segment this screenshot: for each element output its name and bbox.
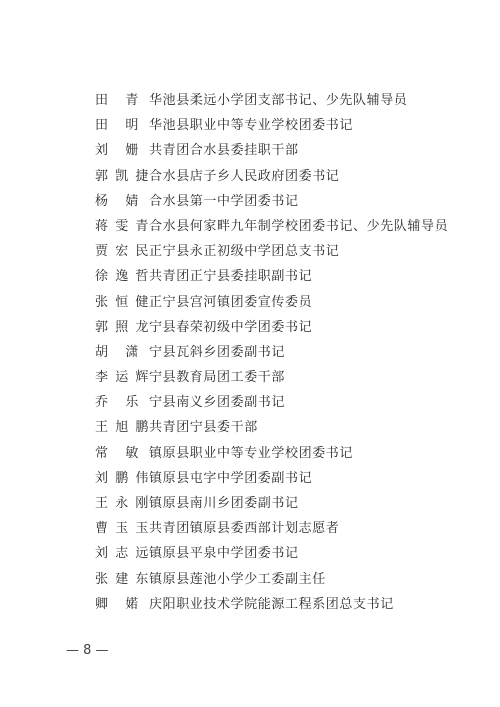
position-title: 共青团镇原县委西部计划志愿者 bbox=[149, 516, 339, 541]
name-char: 婼 bbox=[125, 592, 139, 617]
name-char: 敏 bbox=[125, 441, 139, 466]
name-char: 李 bbox=[95, 365, 109, 390]
person-name: 徐逸哲 bbox=[95, 264, 149, 289]
position-title: 庆阳职业技术学院能源工程系团总支书记 bbox=[149, 592, 394, 617]
name-char: 建 bbox=[115, 567, 129, 592]
name-char: 张 bbox=[95, 567, 109, 592]
person-name: 刘志远 bbox=[95, 541, 149, 566]
list-item: 胡潇宁县瓦斜乡团委副书记 bbox=[95, 340, 475, 365]
person-name: 张建东 bbox=[95, 567, 149, 592]
name-char: 龙 bbox=[135, 315, 149, 340]
list-item: 王永刚镇原县南川乡团委副书记 bbox=[95, 491, 475, 516]
name-char: 张 bbox=[95, 290, 109, 315]
name-char: 永 bbox=[115, 491, 129, 516]
name-char: 宏 bbox=[115, 239, 129, 264]
name-char: 蒋 bbox=[95, 214, 109, 239]
person-name: 郭凯捷 bbox=[95, 164, 149, 189]
name-char: 刘 bbox=[95, 466, 109, 491]
list-item: 张恒健正宁县宫河镇团委宣传委员 bbox=[95, 290, 475, 315]
list-item: 卿婼庆阳职业技术学院能源工程系团总支书记 bbox=[95, 592, 475, 617]
position-title: 镇原县莲池小学少工委副主任 bbox=[149, 567, 326, 592]
name-char: 曹 bbox=[95, 516, 109, 541]
name-char: 志 bbox=[115, 541, 129, 566]
name-char: 运 bbox=[115, 365, 129, 390]
name-char: 乔 bbox=[95, 390, 109, 415]
position-title: 镇原县平泉中学团委书记 bbox=[149, 541, 299, 566]
name-char: 田 bbox=[95, 88, 109, 113]
list-item: 刘志远镇原县平泉中学团委书记 bbox=[95, 541, 475, 566]
name-char: 胡 bbox=[95, 340, 109, 365]
name-char: 健 bbox=[135, 290, 149, 315]
list-item: 刘鹏伟镇原县屯字中学团委副书记 bbox=[95, 466, 475, 491]
name-char: 姗 bbox=[125, 138, 139, 163]
name-char: 徐 bbox=[95, 264, 109, 289]
name-char: 青 bbox=[125, 88, 139, 113]
list-item: 曹玉玉共青团镇原县委西部计划志愿者 bbox=[95, 516, 475, 541]
position-title: 正宁县永正初级中学团总支书记 bbox=[149, 239, 339, 264]
position-title: 共青团正宁县委挂职副书记 bbox=[149, 264, 312, 289]
name-char: 凯 bbox=[115, 164, 129, 189]
person-name: 张恒健 bbox=[95, 290, 149, 315]
position-title: 共青团合水县委挂职干部 bbox=[149, 138, 299, 163]
name-char: 逸 bbox=[115, 264, 129, 289]
name-char: 哲 bbox=[135, 264, 149, 289]
position-title: 镇原县职业中等专业学校团委书记 bbox=[149, 441, 353, 466]
name-char: 青 bbox=[135, 214, 149, 239]
name-char: 卿 bbox=[95, 592, 109, 617]
name-char: 杨 bbox=[95, 189, 109, 214]
position-title: 宁县南义乡团委副书记 bbox=[149, 390, 285, 415]
name-char: 照 bbox=[115, 315, 129, 340]
person-name: 田青 bbox=[95, 88, 149, 113]
list-item: 田青华池县柔远小学团支部书记、少先队辅导员 bbox=[95, 88, 475, 113]
name-char: 贾 bbox=[95, 239, 109, 264]
name-char: 婧 bbox=[125, 189, 139, 214]
name-char: 玉 bbox=[115, 516, 129, 541]
name-char: 王 bbox=[95, 491, 109, 516]
person-name: 乔乐 bbox=[95, 390, 149, 415]
list-item: 田明华池县职业中等专业学校团委书记 bbox=[95, 113, 475, 138]
position-title: 共青团宁县委干部 bbox=[149, 415, 258, 440]
person-name: 刘鹏伟 bbox=[95, 466, 149, 491]
list-item: 常敏镇原县职业中等专业学校团委书记 bbox=[95, 441, 475, 466]
person-name: 田明 bbox=[95, 113, 149, 138]
page-number: — 8 — bbox=[66, 643, 109, 658]
name-char: 郭 bbox=[95, 164, 109, 189]
list-item: 郭照龙宁县春荣初级中学团委书记 bbox=[95, 315, 475, 340]
person-name: 胡潇 bbox=[95, 340, 149, 365]
name-char: 雯 bbox=[115, 214, 129, 239]
name-char: 明 bbox=[125, 113, 139, 138]
position-title: 宁县春荣初级中学团委书记 bbox=[149, 315, 312, 340]
name-char: 鹏 bbox=[115, 466, 129, 491]
list-item: 杨婧合水县第一中学团委书记 bbox=[95, 189, 475, 214]
name-char: 旭 bbox=[115, 415, 129, 440]
name-char: 东 bbox=[135, 567, 149, 592]
name-char: 王 bbox=[95, 415, 109, 440]
name-char: 潇 bbox=[125, 340, 139, 365]
list-item: 徐逸哲共青团正宁县委挂职副书记 bbox=[95, 264, 475, 289]
name-char: 田 bbox=[95, 113, 109, 138]
name-char: 捷 bbox=[135, 164, 149, 189]
position-title: 合水县店子乡人民政府团委书记 bbox=[149, 164, 339, 189]
name-char: 乐 bbox=[125, 390, 139, 415]
list-item: 刘姗共青团合水县委挂职干部 bbox=[95, 138, 475, 163]
list-item: 李运辉宁县教育局团工委干部 bbox=[95, 365, 475, 390]
position-title: 宁县瓦斜乡团委副书记 bbox=[149, 340, 285, 365]
person-name: 卿婼 bbox=[95, 592, 149, 617]
name-char: 恒 bbox=[115, 290, 129, 315]
list-item: 蒋雯青合水县何家畔九年制学校团委书记、少先队辅导员 bbox=[95, 214, 475, 239]
position-title: 镇原县屯字中学团委副书记 bbox=[149, 466, 312, 491]
list-item: 王旭鹏共青团宁县委干部 bbox=[95, 415, 475, 440]
position-title: 宁县教育局团工委干部 bbox=[149, 365, 285, 390]
name-char: 辉 bbox=[135, 365, 149, 390]
name-char: 玉 bbox=[135, 516, 149, 541]
name-char: 刘 bbox=[95, 138, 109, 163]
list-item: 郭凯捷合水县店子乡人民政府团委书记 bbox=[95, 164, 475, 189]
person-name: 杨婧 bbox=[95, 189, 149, 214]
list-item: 乔乐宁县南义乡团委副书记 bbox=[95, 390, 475, 415]
name-char: 刘 bbox=[95, 541, 109, 566]
document-page: 田青华池县柔远小学团支部书记、少先队辅导员田明华池县职业中等专业学校团委书记刘姗… bbox=[0, 0, 500, 707]
person-name: 郭照龙 bbox=[95, 315, 149, 340]
person-name: 王旭鹏 bbox=[95, 415, 149, 440]
position-title: 合水县第一中学团委书记 bbox=[149, 189, 299, 214]
list-item: 贾宏民正宁县永正初级中学团总支书记 bbox=[95, 239, 475, 264]
position-title: 正宁县宫河镇团委宣传委员 bbox=[149, 290, 312, 315]
position-title: 华池县职业中等专业学校团委书记 bbox=[149, 113, 353, 138]
person-name: 李运辉 bbox=[95, 365, 149, 390]
person-name: 曹玉玉 bbox=[95, 516, 149, 541]
list-item: 张建东镇原县莲池小学少工委副主任 bbox=[95, 567, 475, 592]
person-name: 王永刚 bbox=[95, 491, 149, 516]
person-name: 常敏 bbox=[95, 441, 149, 466]
name-char: 鹏 bbox=[135, 415, 149, 440]
person-name: 贾宏民 bbox=[95, 239, 149, 264]
name-char: 伟 bbox=[135, 466, 149, 491]
name-char: 刚 bbox=[135, 491, 149, 516]
name-list: 田青华池县柔远小学团支部书记、少先队辅导员田明华池县职业中等专业学校团委书记刘姗… bbox=[95, 88, 475, 617]
position-title: 镇原县南川乡团委副书记 bbox=[149, 491, 299, 516]
name-char: 郭 bbox=[95, 315, 109, 340]
position-title: 合水县何家畔九年制学校团委书记、少先队辅导员 bbox=[149, 214, 448, 239]
person-name: 刘姗 bbox=[95, 138, 149, 163]
name-char: 民 bbox=[135, 239, 149, 264]
name-char: 常 bbox=[95, 441, 109, 466]
name-char: 远 bbox=[135, 541, 149, 566]
position-title: 华池县柔远小学团支部书记、少先队辅导员 bbox=[149, 88, 407, 113]
person-name: 蒋雯青 bbox=[95, 214, 149, 239]
